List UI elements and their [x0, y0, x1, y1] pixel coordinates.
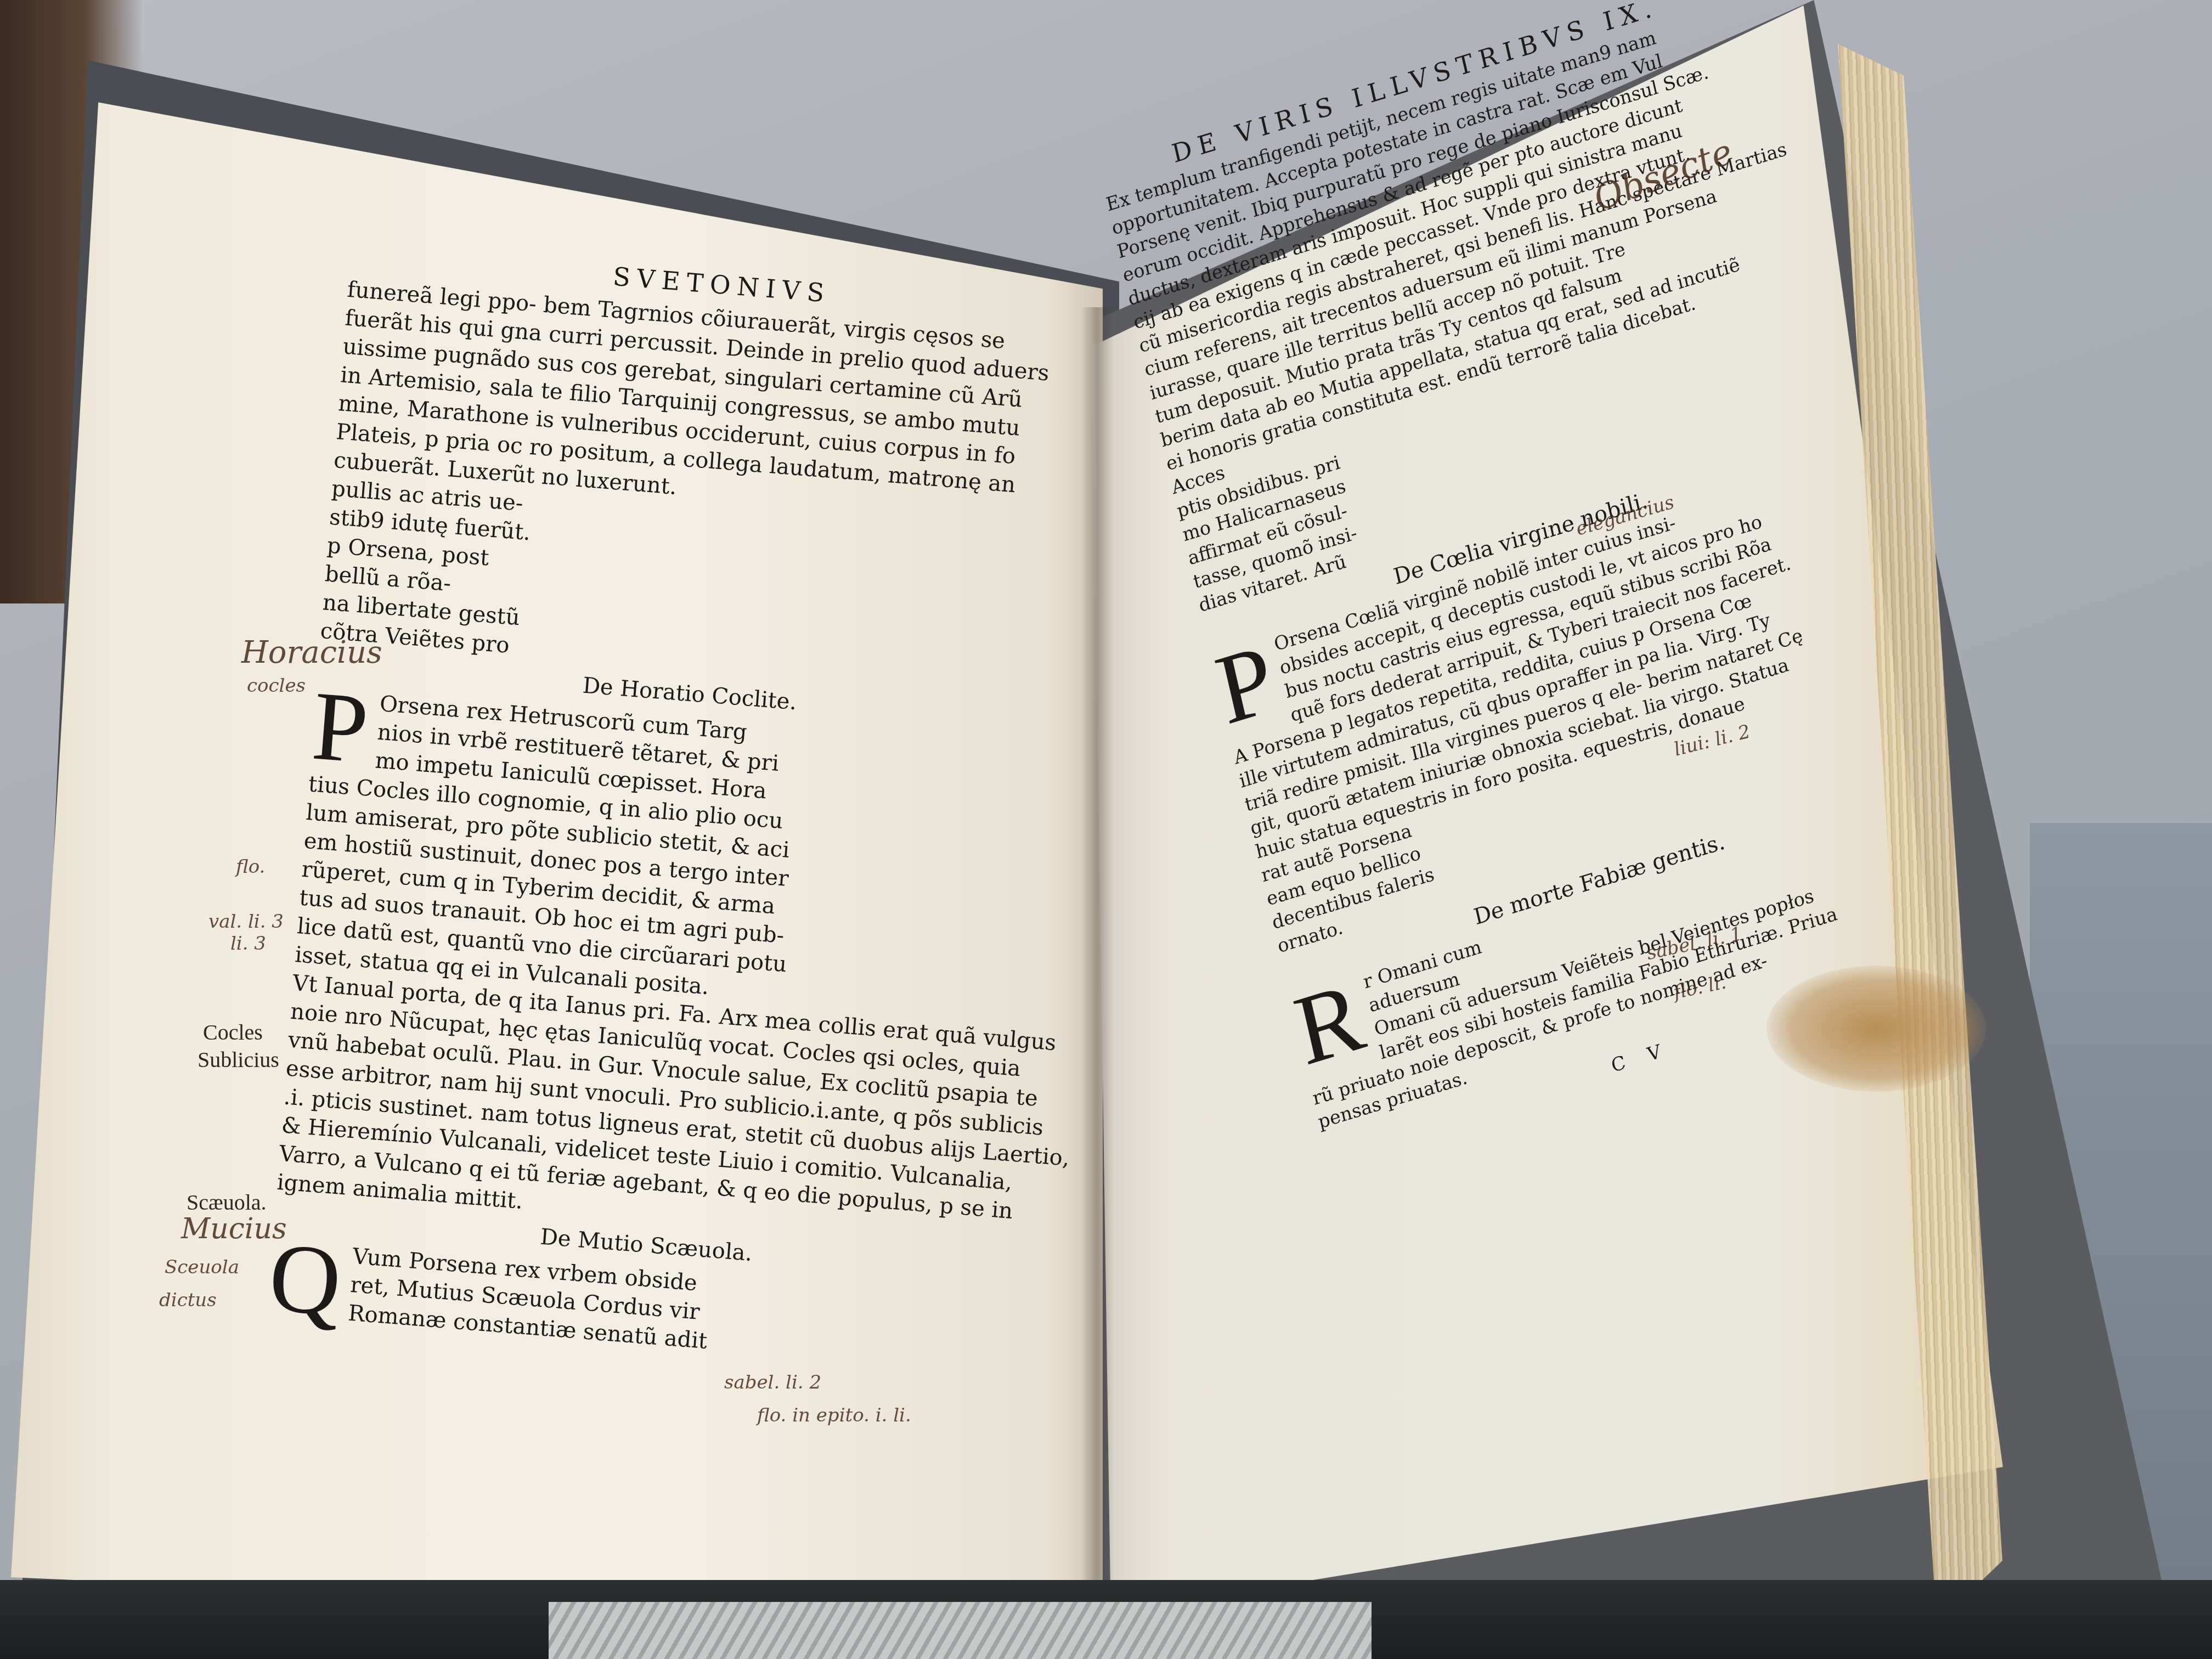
marginal-note-sublicius: Sublicius: [198, 1048, 279, 1072]
drop-cap-p: P: [310, 685, 371, 771]
annotation-val: val. li. 3: [208, 911, 284, 933]
annotation-dictus: dictus: [159, 1289, 217, 1311]
left-top-lines: funereã legi ppo- bem Tagrnios cõiurauer…: [319, 275, 1092, 704]
drop-cap-q: Q: [267, 1235, 344, 1323]
annotation-mucius: Mucius: [181, 1218, 287, 1240]
annotation-horacius: Horacius: [241, 642, 382, 664]
annotation-flo-epito: flo. in epito. i. li.: [757, 1404, 911, 1426]
annotation-sabel: sabel. li. 2: [724, 1372, 821, 1393]
book-gutter-shadow: [1081, 307, 1114, 1624]
marginal-note-cocles: Cocles: [203, 1020, 263, 1045]
annotation-sceuola: Sceuola: [165, 1256, 239, 1278]
annotation-cocles: cocles: [247, 675, 306, 697]
section-horatio-lines: Orsena rex Hetruscorũ cum Targnios in vr…: [276, 685, 1060, 1255]
annotation-li3: li. 3: [230, 933, 266, 955]
annotation-flo: flo.: [236, 856, 265, 878]
section-horatio: P Orsena rex Hetruscorũ cum Targnios in …: [276, 685, 1060, 1255]
left-page-text: SVETONIVS funereã legi ppo- bem Tagrnios…: [266, 241, 1095, 1380]
photo-scene: SVETONIVS funereã legi ppo- bem Tagrnios…: [0, 0, 2212, 1659]
marginal-note-scaeuola: Scæuola.: [187, 1190, 267, 1215]
book-beneath: [549, 1602, 1372, 1659]
